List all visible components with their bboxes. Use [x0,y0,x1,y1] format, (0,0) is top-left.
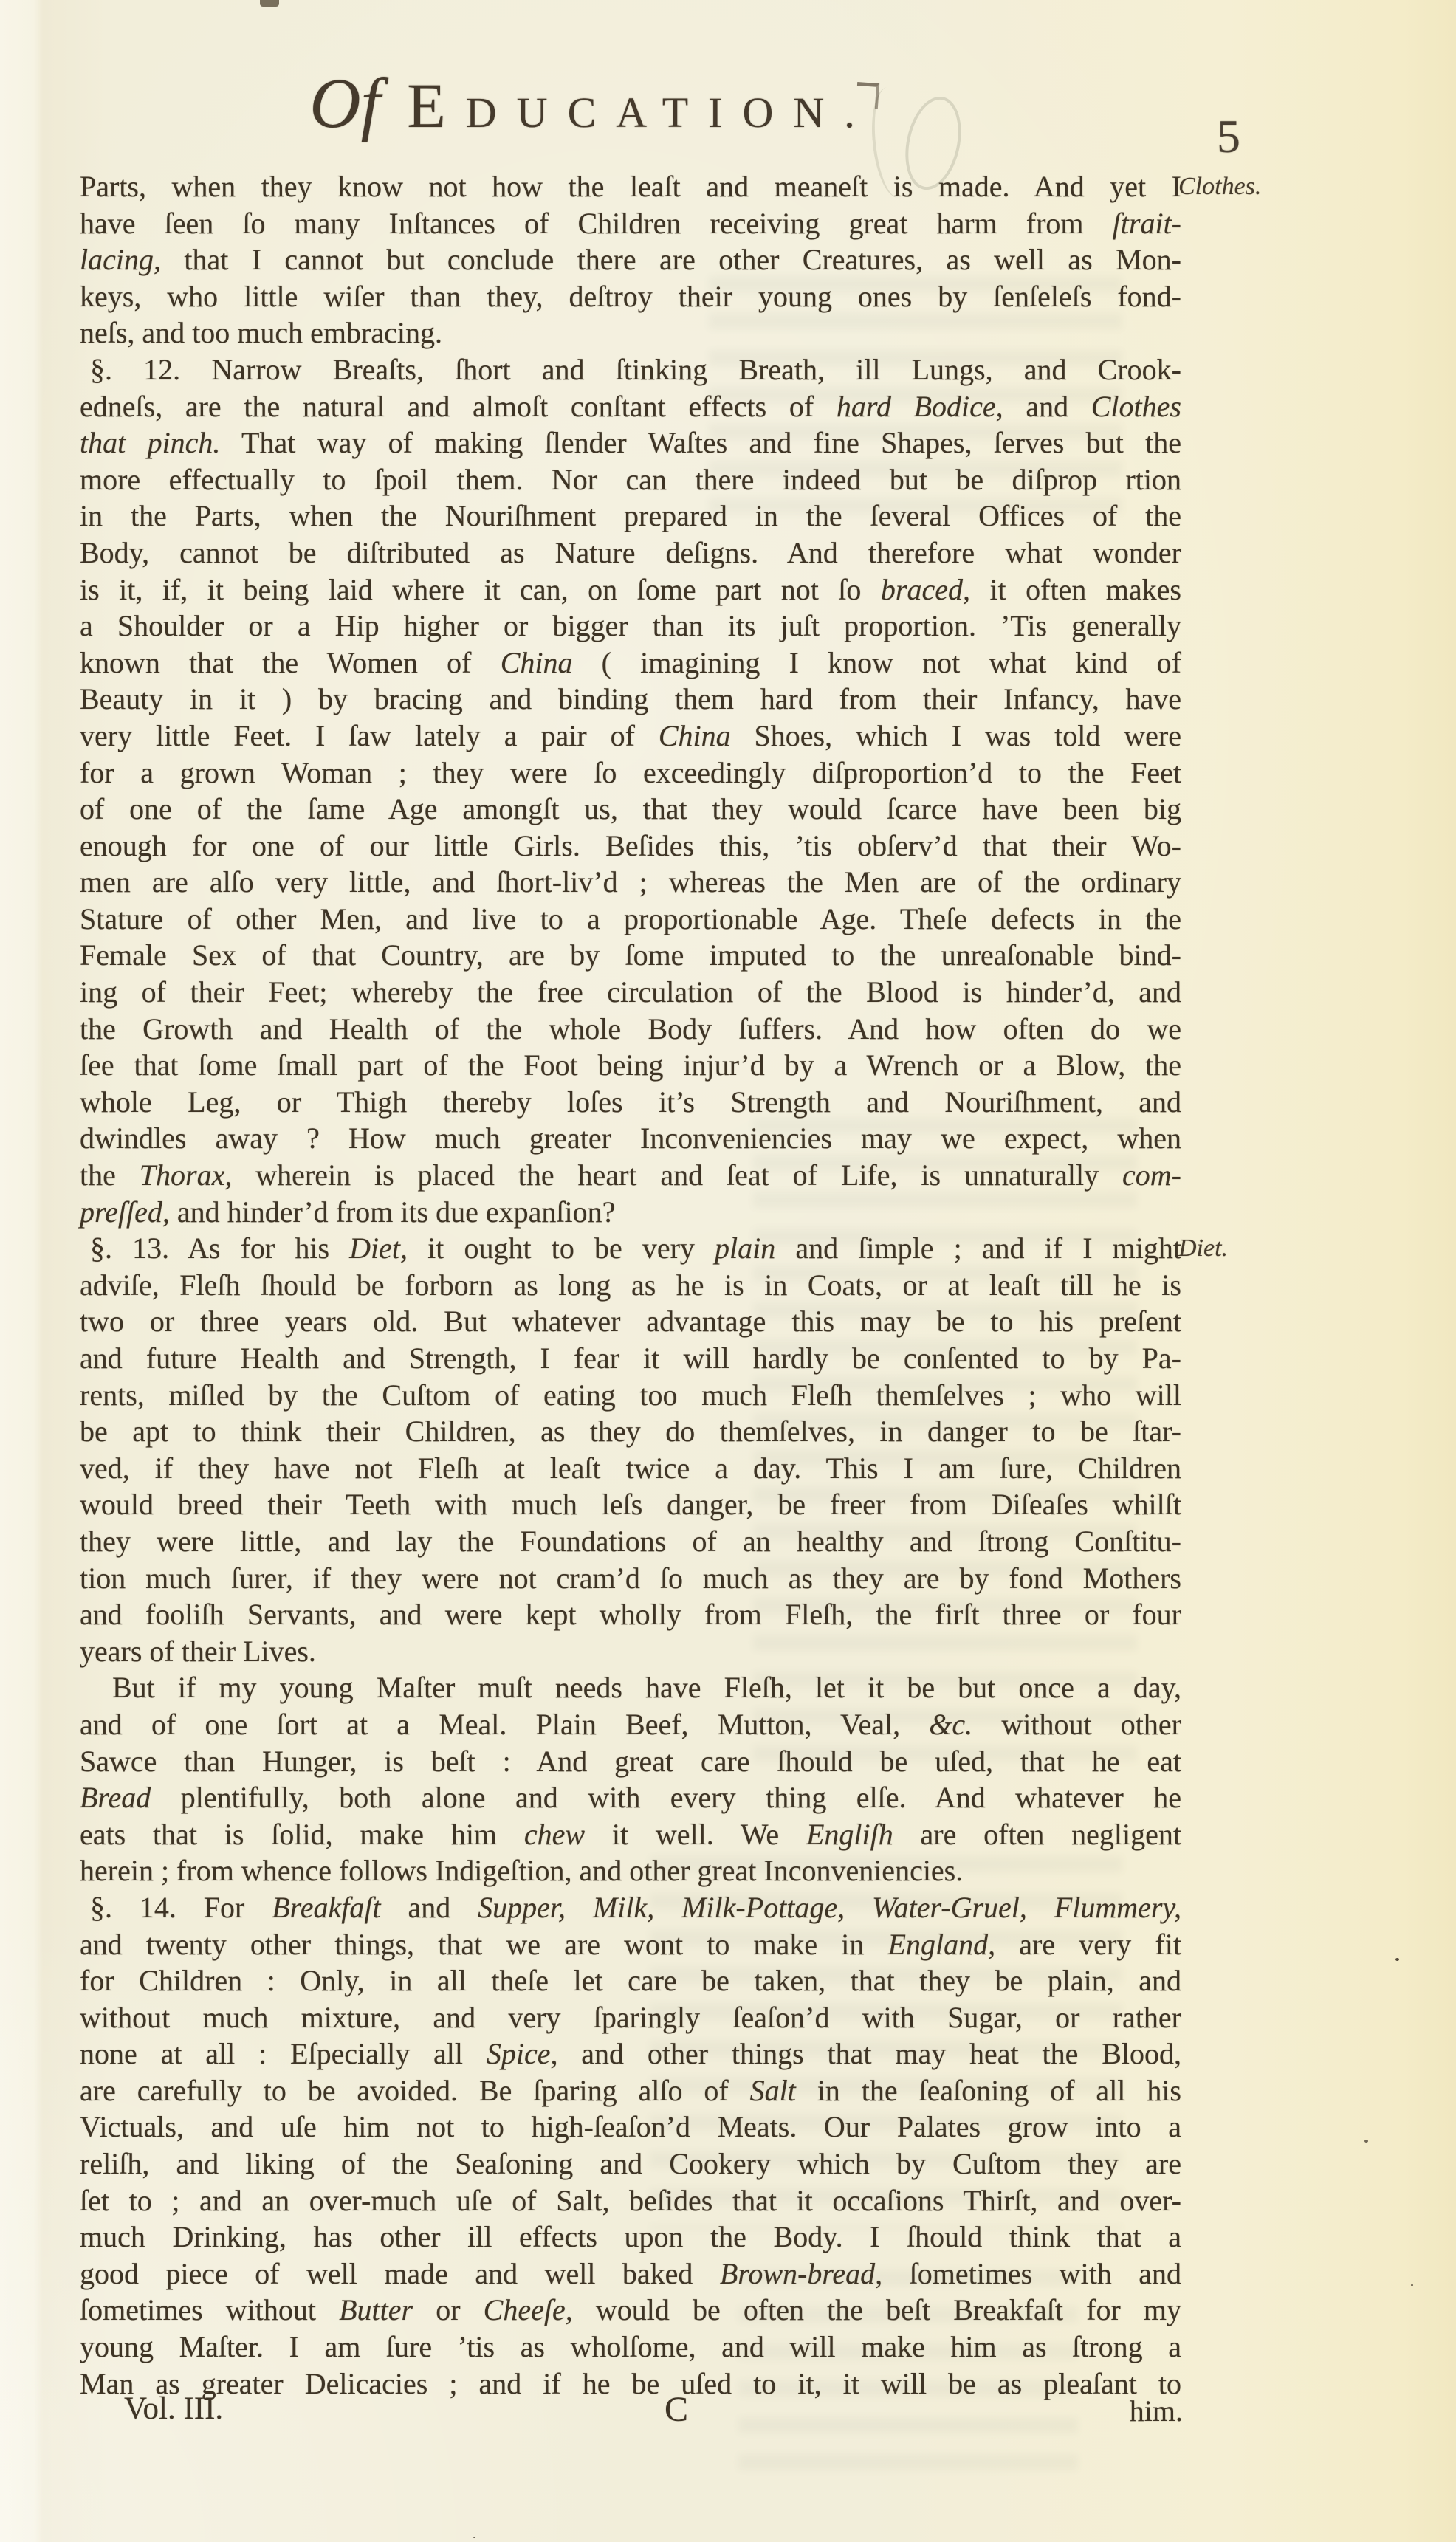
title-caps: Education. [407,74,874,137]
text-line: ing of their Feet; whereby the free circ… [80,974,1181,1011]
text-line: Body, cannot be diſtributed as Nature de… [80,535,1181,571]
text-line: Man as greater Delicacies ; and if he be… [80,2366,1181,2402]
book-page-scan: Of Education. 5 Parts, when they know no… [0,0,1456,2542]
text-line: edneſs, are the natural and almoſt conſt… [80,388,1181,425]
text-line: whole Leg, or Thigh thereby loſes it’s S… [80,1084,1181,1121]
text-line: that pinch. That way of making ſlender W… [80,425,1181,461]
text-line: Beauty in it ) by bracing and binding th… [80,681,1181,718]
paper-specks [1395,1958,1399,1961]
text-line: is it, if, it being laid where it can, o… [80,571,1181,608]
text-line: good piece of well made and well baked B… [80,2256,1181,2292]
text-line: Female Sex of that Country, are by ſome … [80,937,1181,974]
page-title: Of Education. [41,68,1143,139]
text-line: ſee that ſome ſmall part of the Foot bei… [80,1047,1181,1084]
text-line: and fooliſh Servants, and were kept whol… [80,1596,1181,1633]
signature-mark: C [665,2389,688,2430]
margin-note: Clothes. [1178,168,1348,205]
text-line: years of their Lives. [80,1633,1181,1670]
text-line: and of one ſort at a Meal. Plain Beef, M… [80,1706,1181,1743]
text-line: dwindles away ? How much greater Inconve… [80,1120,1181,1157]
text-line: in the Parts, when the Nouriſhment prepa… [80,498,1181,535]
text-line: Stature of other Men, and live to a prop… [80,901,1181,938]
title-of: Of [309,68,380,139]
text-line: Victuals, and uſe him not to high-ſeaſon… [80,2109,1181,2146]
text-line: enough for one of our little Girls. Beſi… [80,828,1181,865]
text-line: for Children : Only, in all theſe let ca… [80,1962,1181,1999]
catchword: him. [1085,2394,1183,2428]
text-line: be apt to think their Children, as they … [80,1413,1181,1450]
text-line: preſſed, and hinder’d from its due expan… [80,1194,1181,1231]
text-line: ſet to ; and an over-much uſe of Salt, b… [80,2182,1181,2219]
text-line: herein ; from whence follows Indigeſtion… [80,1852,1181,1889]
text-line: reliſh, and liking of the Seaſoning and … [80,2146,1181,2182]
text-line: Sawce than Hunger, is beſt : And great c… [80,1743,1181,1780]
text-line: the Growth and Health of the whole Body … [80,1011,1181,1048]
text-line: rents, miſled by the Cuſtom of eating to… [80,1377,1181,1414]
text-block: Parts, when they know not how the leaſt … [80,168,1181,2402]
text-line: of one of the ſame Age amongſt us, that … [80,791,1181,828]
text-line: But if my young Maſter muſt needs have F… [80,1669,1181,1706]
text-line: a Shoulder or a Hip higher or bigger tha… [80,608,1181,645]
text-line: have ſeen ſo many Inſtances of Children … [80,205,1181,242]
text-line: very little Feet. I ſaw lately a pair of… [80,718,1181,755]
text-line: ved, if they have not Fleſh at leaſt twi… [80,1450,1181,1487]
text-line: adviſe, Fleſh ſhould be forborn as long … [80,1267,1181,1304]
text-line: eats that is ſolid, make him chew it wel… [80,1816,1181,1853]
text-line: without much mixture, and very ſparingly… [80,1999,1181,2036]
text-line: men are alſo very little, and ſhort-liv’… [80,864,1181,901]
text-line: two or three years old. But whatever adv… [80,1303,1181,1340]
text-line: Parts, when they know not how the leaſt … [80,168,1181,205]
text-line: would breed their Teeth with much leſs d… [80,1486,1181,1523]
text-line: none at all : Eſpecially all Spice, and … [80,2036,1181,2072]
text-line: for a grown Woman ; they were ſo exceedi… [80,755,1181,791]
text-line: lacing, that I cannot but conclude there… [80,241,1181,278]
text-line: Bread plentifully, both alone and with e… [80,1779,1181,1816]
text-line: the Thorax, wherein is placed the heart … [80,1157,1181,1194]
text-line: §. 12. Narrow Breaſts, ſhort and ſtinkin… [80,351,1181,388]
volume-label: Vol. III. [124,2391,223,2427]
text-line: ſometimes without Butter or Cheeſe, woul… [80,2292,1181,2329]
text-line: §. 14. For Breakfaſt and Supper, Milk, M… [80,1889,1181,1926]
page-number: 5 [1217,109,1240,164]
text-line: keys, who little wiſer than they, deſtro… [80,278,1181,315]
text-line: known that the Women of China ( imaginin… [80,645,1181,681]
text-line: are carefully to be avoided. Be ſparing … [80,2072,1181,2109]
text-line: §. 13. As for his Diet, it ought to be v… [80,1230,1181,1267]
text-line: much Drinking, has other ill effects upo… [80,2219,1181,2256]
text-line: and future Health and Strength, I fear i… [80,1340,1181,1377]
scan-edge-mark [260,0,279,7]
text-line: and twenty other things, that we are won… [80,1926,1181,1963]
margin-note: Diet. [1178,1230,1348,1267]
text-line: neſs, and too much embracing. [80,315,1181,351]
text-line: more effectually to ſpoil them. Nor can … [80,461,1181,498]
text-line: tion much ſurer, if they were not cram’d… [80,1560,1181,1597]
text-line: young Maſter. I am ſure ’tis as wholſome… [80,2329,1181,2366]
text-line: they were little, and lay the Foundation… [80,1523,1181,1560]
